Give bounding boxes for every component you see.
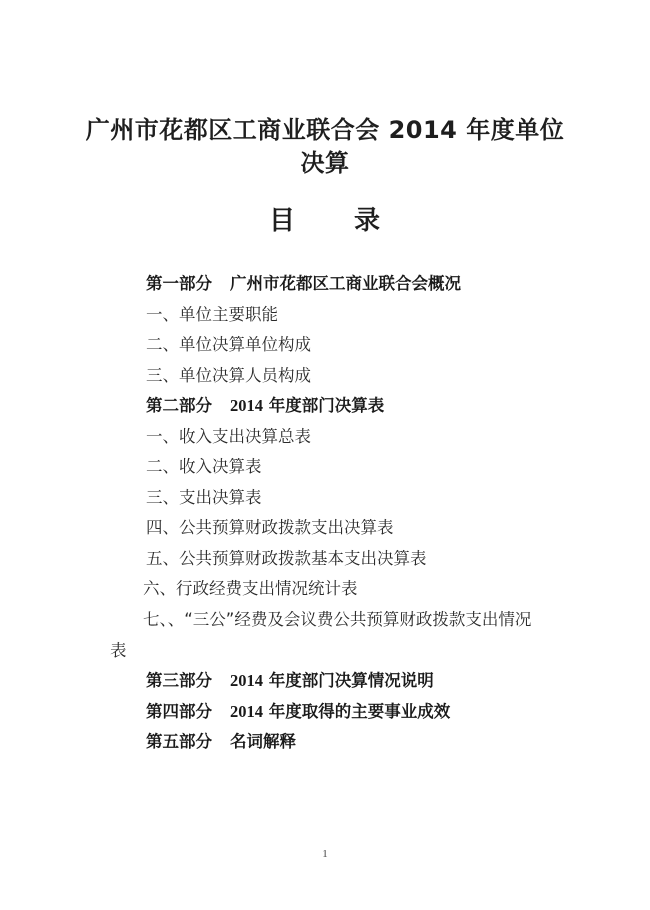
part-label: 第二部分 (146, 396, 212, 415)
document-title-line2: 决算 (0, 143, 650, 178)
toc-item[interactable]: 七、、“三公”经费及会议费公共预算财政拨款支出情况 (143, 606, 531, 630)
part-title: 年度部门决算表 (263, 396, 384, 415)
toc-item[interactable]: 二、单位决算单位构成 (146, 331, 311, 355)
part-title: 名词解释 (230, 732, 296, 751)
toc-part-5[interactable]: 第五部分名词解释 (146, 728, 296, 752)
part-year: 2014 (230, 702, 263, 721)
toc-item[interactable]: 三、支出决算表 (146, 484, 262, 508)
toc-item[interactable]: 五、公共预算财政拨款基本支出决算表 (146, 545, 427, 569)
part-label: 第一部分 (146, 274, 212, 293)
part-title: 广州市花都区工商业联合会概况 (230, 274, 461, 293)
toc-part-1[interactable]: 第一部分广州市花都区工商业联合会概况 (146, 270, 461, 294)
toc-item[interactable]: 四、公共预算财政拨款支出决算表 (146, 514, 394, 538)
part-title: 年度部门决算情况说明 (263, 671, 434, 690)
part-year: 2014 (230, 671, 263, 690)
page-number: 1 (0, 848, 650, 860)
toc-part-3[interactable]: 第三部分2014 年度部门决算情况说明 (146, 667, 434, 691)
part-label: 第三部分 (146, 671, 212, 690)
toc-heading: 目录 (0, 200, 650, 237)
part-label: 第四部分 (146, 702, 212, 721)
toc-heading-char2: 录 (354, 200, 381, 237)
document-title-line1: 广州市花都区工商业联合会 2014 年度单位 (0, 110, 650, 145)
toc-item[interactable]: 六、行政经费支出情况统计表 (143, 575, 358, 599)
toc-item[interactable]: 二、收入决算表 (146, 453, 262, 477)
part-label: 第五部分 (146, 732, 212, 751)
toc-item-continuation: 表 (110, 637, 127, 661)
toc-item[interactable]: 一、单位主要职能 (146, 301, 278, 325)
toc-part-4[interactable]: 第四部分2014 年度取得的主要事业成效 (146, 698, 450, 722)
toc-item[interactable]: 一、收入支出决算总表 (146, 423, 311, 447)
toc-part-2[interactable]: 第二部分2014 年度部门决算表 (146, 392, 384, 416)
part-title: 年度取得的主要事业成效 (263, 702, 450, 721)
toc-item[interactable]: 三、单位决算人员构成 (146, 362, 311, 386)
part-year: 2014 (230, 396, 263, 415)
toc-heading-char1: 目 (269, 200, 296, 237)
